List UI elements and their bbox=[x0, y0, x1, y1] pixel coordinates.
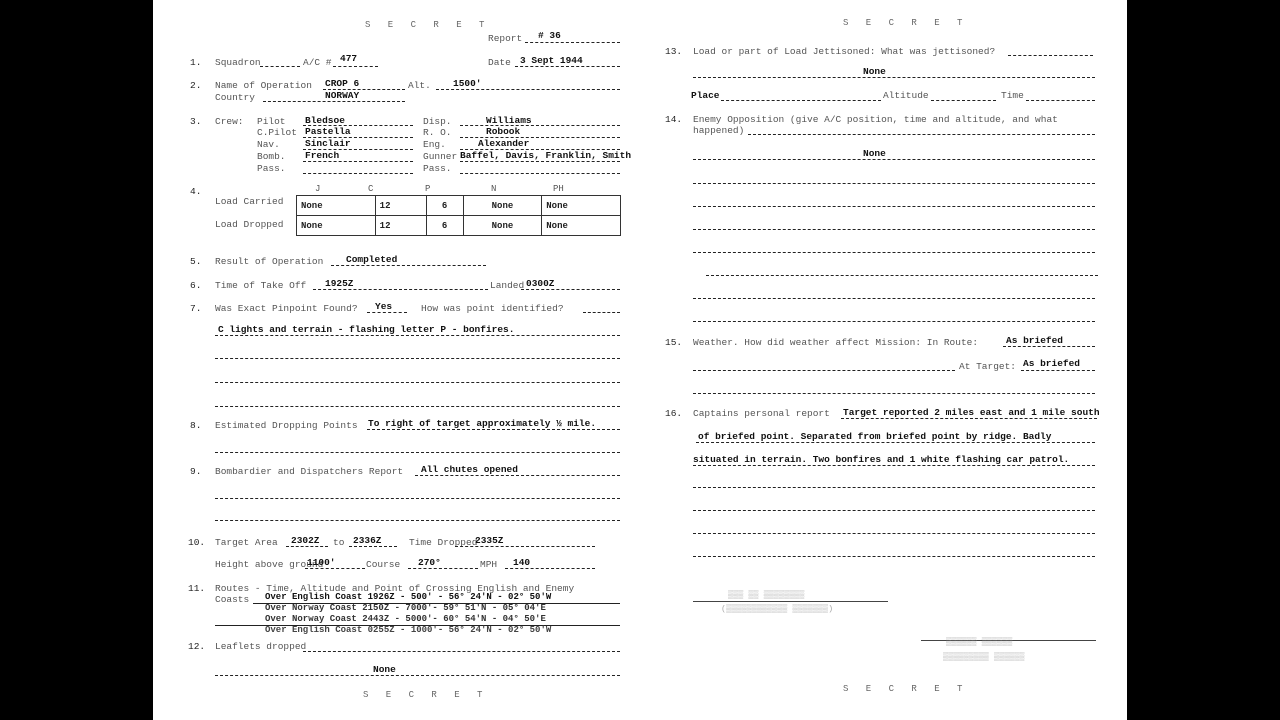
classification-footer-left: S E C R E T bbox=[363, 690, 488, 701]
item-number: 3. bbox=[190, 116, 201, 127]
underline bbox=[305, 568, 365, 569]
dropping-points-value: To right of target approximately ½ mile. bbox=[368, 418, 596, 429]
underline bbox=[215, 675, 620, 676]
result-label: Result of Operation bbox=[215, 256, 323, 267]
blank-line bbox=[693, 298, 1095, 299]
pinpoint-found: Yes bbox=[375, 301, 392, 312]
jettisoned-label: Load or part of Load Jettisoned: What wa… bbox=[693, 46, 995, 57]
identified-value: C lights and terrain - flashing letter P… bbox=[218, 324, 514, 335]
underline bbox=[693, 465, 1095, 466]
load-dropped-row: None 12 6 None None bbox=[297, 216, 621, 236]
alt-value: 1500' bbox=[453, 78, 482, 89]
underline bbox=[1021, 370, 1095, 371]
underline bbox=[215, 335, 620, 336]
enemy-opposition-label-2: happened) bbox=[693, 125, 744, 136]
item-number: 7. bbox=[190, 303, 201, 314]
landed-label: Landed bbox=[490, 280, 524, 291]
underline bbox=[1003, 346, 1095, 347]
item-number: 12. bbox=[188, 641, 205, 652]
underline bbox=[303, 161, 413, 162]
mph-value: 140 bbox=[513, 557, 530, 568]
crew-gunners: Baffel, Davis, Franklin, Smith bbox=[460, 150, 631, 161]
to-label: to bbox=[333, 537, 344, 548]
altitude-label: Altitude bbox=[883, 90, 929, 101]
load-cell: None bbox=[297, 216, 376, 236]
result-value: Completed bbox=[346, 254, 397, 265]
alt-label: Alt. bbox=[408, 80, 431, 91]
underline bbox=[349, 546, 397, 547]
altitude-field bbox=[931, 100, 996, 101]
load-cell: 6 bbox=[426, 196, 463, 216]
blank-line bbox=[215, 358, 620, 359]
blank-line bbox=[693, 252, 1095, 253]
classification-header-right: S E C R E T bbox=[843, 18, 968, 29]
load-cell: None bbox=[542, 216, 621, 236]
routes-label-2: Coasts bbox=[215, 594, 249, 605]
operation-name: CROP 6 bbox=[325, 78, 359, 89]
time-label: Time bbox=[1001, 90, 1024, 101]
enemy-opposition-value: None bbox=[863, 148, 886, 159]
load-col-header: PH bbox=[553, 184, 564, 194]
crew-engineer: Alexander bbox=[478, 138, 529, 149]
item-number: 9. bbox=[190, 466, 201, 477]
item-number: 16. bbox=[665, 408, 682, 419]
item-number: 4. bbox=[190, 186, 201, 197]
crew-role: Disp. bbox=[423, 116, 452, 127]
underline bbox=[460, 161, 620, 162]
pinpoint-label: Was Exact Pinpoint Found? bbox=[215, 303, 358, 314]
underline bbox=[331, 265, 486, 266]
crew-role: Bomb. bbox=[257, 151, 286, 162]
blank-line bbox=[693, 321, 1095, 322]
load-cell: 12 bbox=[375, 216, 426, 236]
underline bbox=[515, 66, 620, 67]
country-value: NORWAY bbox=[325, 90, 359, 101]
mph-label: MPH bbox=[480, 559, 497, 570]
date-value: 3 Sept 1944 bbox=[520, 55, 583, 66]
operation-label: Name of Operation bbox=[215, 80, 312, 91]
commanding-officer-signature: ▒▒▒▒▒▒ ▒▒▒▒▒▒ bbox=[946, 637, 1012, 647]
route-line: Over Norway Coast 2150Z - 7000'- 59° 51'… bbox=[265, 603, 546, 614]
crew-copilot: Pastella bbox=[305, 126, 351, 137]
underline bbox=[367, 429, 620, 430]
crew-role: Eng. bbox=[423, 139, 446, 150]
underline bbox=[303, 651, 620, 652]
underline bbox=[286, 546, 328, 547]
blank-line bbox=[693, 183, 1095, 184]
item-number: 14. bbox=[665, 114, 682, 125]
load-col-header: J bbox=[315, 184, 320, 194]
underline bbox=[748, 134, 1095, 135]
time-dropped-value: 2335Z bbox=[475, 535, 504, 546]
underline bbox=[460, 125, 620, 126]
item-number: 11. bbox=[188, 583, 205, 594]
item-number: 15. bbox=[665, 337, 682, 348]
load-cell: None bbox=[463, 196, 542, 216]
classification-header-left: S E C R E T bbox=[365, 20, 490, 31]
crew-role: R. O. bbox=[423, 127, 452, 138]
underline bbox=[1008, 55, 1093, 56]
item-number: 8. bbox=[190, 420, 201, 431]
crew-bombardier: French bbox=[305, 150, 339, 161]
at-target-label: At Target: bbox=[959, 361, 1016, 372]
leaflets-label: Leaflets dropped bbox=[215, 641, 306, 652]
load-col-header: P bbox=[425, 184, 430, 194]
blank-line bbox=[215, 452, 620, 453]
load-cell: 12 bbox=[375, 196, 426, 216]
bombardier-report-value: All chutes opened bbox=[421, 464, 518, 475]
blank-line bbox=[693, 487, 1095, 488]
ac-label: A/C # bbox=[303, 57, 332, 68]
blank-line bbox=[693, 206, 1095, 207]
blank-line bbox=[693, 510, 1095, 511]
dropping-points-label: Estimated Dropping Points bbox=[215, 420, 358, 431]
underline bbox=[696, 442, 1095, 443]
blank-line bbox=[693, 393, 1095, 394]
captains-report-line: Target reported 2 miles east and 1 mile … bbox=[843, 407, 1100, 418]
item-number: 1. bbox=[190, 57, 201, 68]
captains-report-line: situated in terrain. Two bonfires and 1 … bbox=[693, 454, 1069, 465]
crew-label: Crew: bbox=[215, 116, 244, 127]
underline bbox=[415, 475, 620, 476]
squadron-label: Squadron bbox=[215, 57, 261, 68]
time-field bbox=[1026, 100, 1095, 101]
commanding-officer-title: ▒▒▒▒▒▒▒▒▒ ▒▒▒▒▒▒ bbox=[943, 652, 1025, 662]
weather-at-target: As briefed bbox=[1023, 358, 1080, 369]
underline bbox=[521, 289, 620, 290]
blank-line bbox=[215, 498, 620, 499]
identified-label: How was point identified? bbox=[421, 303, 564, 314]
blank-line bbox=[693, 556, 1095, 557]
enemy-opposition-label: Enemy Opposition (give A/C position, tim… bbox=[693, 114, 1058, 125]
blank-line bbox=[215, 382, 620, 383]
target-area-label: Target Area bbox=[215, 537, 278, 548]
intelligence-officer-signature: ▒▒▒ ▒▒ ▒▒▒▒▒▒▒▒ bbox=[728, 590, 805, 600]
target-area-to: 2336Z bbox=[353, 535, 382, 546]
load-carried-label: Load Carried bbox=[215, 196, 283, 207]
place-field bbox=[721, 100, 881, 101]
underline bbox=[303, 173, 413, 174]
underline bbox=[583, 312, 620, 313]
underline bbox=[436, 89, 620, 90]
load-dropped-label: Load Dropped bbox=[215, 219, 283, 230]
underline bbox=[525, 42, 620, 43]
crew-radio-operator: Robook bbox=[486, 126, 520, 137]
load-table: None 12 6 None None None 12 6 None None bbox=[296, 195, 621, 236]
item-number: 6. bbox=[190, 280, 201, 291]
crew-role: Pass. bbox=[423, 163, 452, 174]
signature-line bbox=[693, 601, 888, 602]
captains-report-label: Captains personal report bbox=[693, 408, 830, 419]
crew-navigator: Sinclair bbox=[305, 138, 351, 149]
underline bbox=[455, 546, 595, 547]
item-number: 2. bbox=[190, 80, 201, 91]
underline bbox=[693, 77, 1095, 78]
blank-line bbox=[693, 533, 1095, 534]
blank-line bbox=[215, 406, 620, 407]
underline bbox=[841, 418, 1097, 419]
underline bbox=[693, 159, 1095, 160]
route-line: Over English Coast 1926Z - 500' - 56° 24… bbox=[265, 592, 551, 603]
leaflets-value: None bbox=[373, 664, 396, 675]
place-label: Place bbox=[691, 90, 720, 101]
item-number: 13. bbox=[665, 46, 682, 57]
underline bbox=[460, 173, 620, 174]
ac-number: 477 bbox=[340, 53, 357, 64]
landed-time: 0300Z bbox=[526, 278, 555, 289]
load-cell: None bbox=[297, 196, 376, 216]
underline bbox=[408, 568, 478, 569]
load-cell: None bbox=[463, 216, 542, 236]
crew-role: C.Pilot bbox=[257, 127, 297, 138]
blank-line bbox=[693, 229, 1095, 230]
weather-label: Weather. How did weather affect Mission:… bbox=[693, 337, 978, 348]
item-number: 5. bbox=[190, 256, 201, 267]
load-cell: None bbox=[542, 196, 621, 216]
report-number: # 36 bbox=[538, 30, 561, 41]
height-value: 1100' bbox=[307, 557, 336, 568]
blank-line bbox=[706, 275, 1098, 276]
underline bbox=[693, 370, 955, 371]
route-line: Over Norway Coast 2443Z - 5000'- 60° 54'… bbox=[265, 614, 546, 625]
crew-role: Pilot bbox=[257, 116, 286, 127]
underline bbox=[313, 289, 488, 290]
classification-footer-right: S E C R E T bbox=[843, 684, 968, 695]
underline bbox=[505, 568, 595, 569]
captains-report-line: of briefed point. Separated from briefed… bbox=[698, 431, 1051, 442]
underline bbox=[263, 101, 405, 102]
item-number: 10. bbox=[188, 537, 205, 548]
jettisoned-value: None bbox=[863, 66, 886, 77]
load-cell: 6 bbox=[426, 216, 463, 236]
load-col-header: N bbox=[491, 184, 496, 194]
takeoff-label: Time of Take Off bbox=[215, 280, 306, 291]
load-carried-row: None 12 6 None None bbox=[297, 196, 621, 216]
intelligence-officer-title: (▒▒▒▒▒▒▒▒▒▒▒▒ ▒▒▒▒▒▒▒) bbox=[721, 604, 833, 614]
course-label: Course bbox=[366, 559, 400, 570]
target-area-from: 2302Z bbox=[291, 535, 320, 546]
underline bbox=[367, 312, 407, 313]
course-value: 270° bbox=[418, 557, 441, 568]
report-label: Report bbox=[488, 33, 522, 44]
takeoff-time: 1925Z bbox=[325, 278, 354, 289]
date-label: Date bbox=[488, 57, 511, 68]
bombardier-report-label: Bombardier and Dispatchers Report bbox=[215, 466, 403, 477]
country-label: Country bbox=[215, 92, 255, 103]
squadron-field bbox=[260, 66, 300, 67]
load-col-header: C bbox=[368, 184, 373, 194]
crew-role: Nav. bbox=[257, 139, 280, 150]
weather-in-route: As briefed bbox=[1006, 335, 1063, 346]
document-page: S E C R E T Report # 36 1. Squadron A/C … bbox=[153, 0, 1127, 720]
crew-role: Pass. bbox=[257, 163, 286, 174]
underline bbox=[333, 66, 378, 67]
crew-role: Gunner bbox=[423, 151, 457, 162]
blank-line bbox=[215, 520, 620, 521]
route-line: Over English Coast 0255Z - 1000'- 56° 24… bbox=[265, 625, 551, 636]
